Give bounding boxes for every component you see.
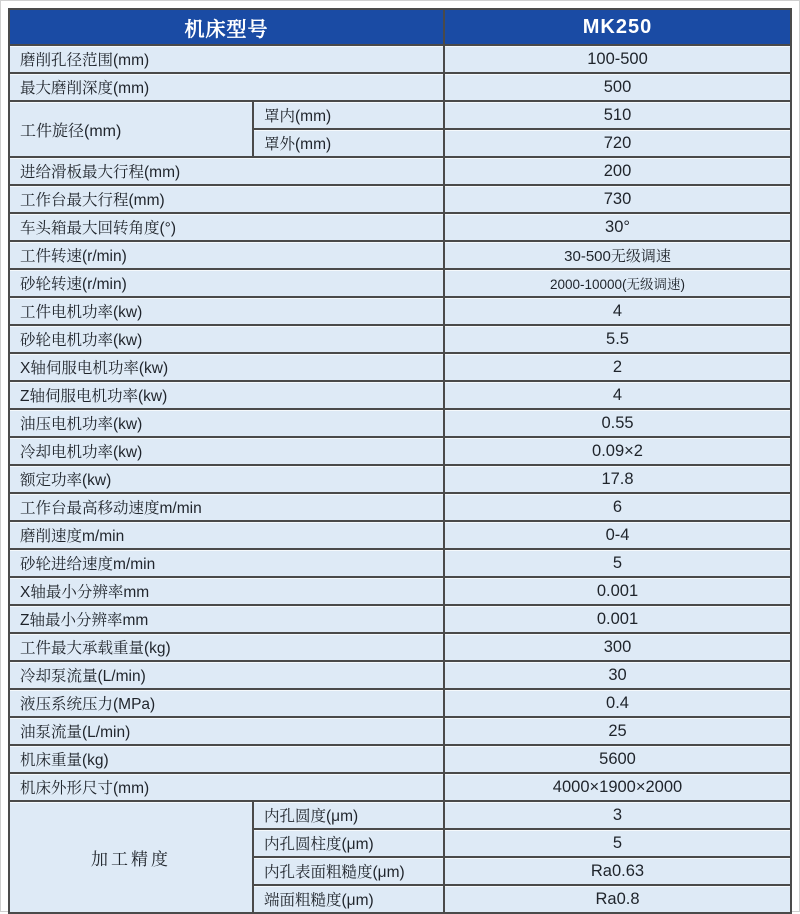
param-label: 工件电机功率(kw) <box>9 297 444 325</box>
param-group-label: 工件旋径(mm) <box>9 101 253 157</box>
param-value: 30-500无级调速 <box>444 241 791 269</box>
param-value: 510 <box>444 101 791 129</box>
param-value: 4 <box>444 297 791 325</box>
param-value: 720 <box>444 129 791 157</box>
param-label: 工作台最高移动速度m/min <box>9 493 444 521</box>
param-value: Ra0.8 <box>444 885 791 913</box>
param-value: 730 <box>444 185 791 213</box>
param-label: X轴最小分辨率mm <box>9 577 444 605</box>
param-value: 0-4 <box>444 521 791 549</box>
param-value: 0.4 <box>444 689 791 717</box>
param-label: Z轴伺服电机功率(kw) <box>9 381 444 409</box>
param-label: 磨削孔径范围(mm) <box>9 45 444 73</box>
param-label: 油压电机功率(kw) <box>9 409 444 437</box>
table-row: 机床外形尺寸(mm)4000×1900×2000 <box>9 773 791 801</box>
param-value: 100-500 <box>444 45 791 73</box>
param-value: 4 <box>444 381 791 409</box>
header-model-label: 机床型号 <box>9 9 444 45</box>
param-group-label: 加工精度 <box>9 801 253 913</box>
param-label: 额定功率(kw) <box>9 465 444 493</box>
table-row: 加工精度内孔圆度(μm)3 <box>9 801 791 829</box>
param-label: 车头箱最大回转角度(°) <box>9 213 444 241</box>
table-row: 砂轮电机功率(kw)5.5 <box>9 325 791 353</box>
table-row: 工件电机功率(kw)4 <box>9 297 791 325</box>
table-row: 工件旋径(mm)罩内(mm)510 <box>9 101 791 129</box>
param-label: 工作台最大行程(mm) <box>9 185 444 213</box>
param-label: 机床重量(kg) <box>9 745 444 773</box>
table-row: 磨削孔径范围(mm)100-500 <box>9 45 791 73</box>
param-value: 17.8 <box>444 465 791 493</box>
param-label: 内孔圆柱度(μm) <box>253 829 444 857</box>
table-row: 工作台最高移动速度m/min6 <box>9 493 791 521</box>
table-row: 车头箱最大回转角度(°)30° <box>9 213 791 241</box>
param-label: 砂轮进给速度m/min <box>9 549 444 577</box>
param-value: 5 <box>444 829 791 857</box>
table-row: X轴最小分辨率mm0.001 <box>9 577 791 605</box>
param-label: 最大磨削深度(mm) <box>9 73 444 101</box>
table-row: 工件最大承载重量(kg)300 <box>9 633 791 661</box>
table-row: 工件转速(r/min)30-500无级调速 <box>9 241 791 269</box>
param-value: 5600 <box>444 745 791 773</box>
param-label: 机床外形尺寸(mm) <box>9 773 444 801</box>
param-value: 0.55 <box>444 409 791 437</box>
param-value: 6 <box>444 493 791 521</box>
param-value: 2000-10000(无级调速) <box>444 269 791 297</box>
param-label: 磨削速度m/min <box>9 521 444 549</box>
param-value: 0.001 <box>444 605 791 633</box>
param-label: 罩内(mm) <box>253 101 444 129</box>
table-row: 机床重量(kg)5600 <box>9 745 791 773</box>
param-label: 工件最大承载重量(kg) <box>9 633 444 661</box>
param-label: 砂轮转速(r/min) <box>9 269 444 297</box>
param-label: 液压系统压力(MPa) <box>9 689 444 717</box>
table-row: 磨削速度m/min0-4 <box>9 521 791 549</box>
param-value: 5 <box>444 549 791 577</box>
param-value: Ra0.63 <box>444 857 791 885</box>
param-label: 冷却泵流量(L/min) <box>9 661 444 689</box>
param-label: 端面粗糙度(μm) <box>253 885 444 913</box>
table-row: 冷却泵流量(L/min)30 <box>9 661 791 689</box>
table-row: 砂轮转速(r/min)2000-10000(无级调速) <box>9 269 791 297</box>
table-header-row: 机床型号 MK250 <box>9 9 791 45</box>
param-value: 30° <box>444 213 791 241</box>
table-row: 冷却电机功率(kw)0.09×2 <box>9 437 791 465</box>
param-value: 4000×1900×2000 <box>444 773 791 801</box>
table-row: 油压电机功率(kw)0.55 <box>9 409 791 437</box>
param-label: 内孔表面粗糙度(μm) <box>253 857 444 885</box>
param-value: 300 <box>444 633 791 661</box>
header-model-value: MK250 <box>444 9 791 45</box>
param-label: 内孔圆度(μm) <box>253 801 444 829</box>
param-label: Z轴最小分辨率mm <box>9 605 444 633</box>
param-value: 2 <box>444 353 791 381</box>
param-label: X轴伺服电机功率(kw) <box>9 353 444 381</box>
table-row: 进给滑板最大行程(mm)200 <box>9 157 791 185</box>
table-body: 磨削孔径范围(mm)100-500最大磨削深度(mm)500工件旋径(mm)罩内… <box>9 45 791 913</box>
param-label: 进给滑板最大行程(mm) <box>9 157 444 185</box>
table-row: 油泵流量(L/min)25 <box>9 717 791 745</box>
param-value: 25 <box>444 717 791 745</box>
table-row: 砂轮进给速度m/min5 <box>9 549 791 577</box>
param-value: 5.5 <box>444 325 791 353</box>
param-label: 工件转速(r/min) <box>9 241 444 269</box>
table-row: 液压系统压力(MPa)0.4 <box>9 689 791 717</box>
table-row: 工作台最大行程(mm)730 <box>9 185 791 213</box>
param-value: 500 <box>444 73 791 101</box>
spec-table: 机床型号 MK250 磨削孔径范围(mm)100-500最大磨削深度(mm)50… <box>8 8 792 914</box>
param-label: 罩外(mm) <box>253 129 444 157</box>
table-row: Z轴伺服电机功率(kw)4 <box>9 381 791 409</box>
spec-sheet: 机床型号 MK250 磨削孔径范围(mm)100-500最大磨削深度(mm)50… <box>0 0 800 912</box>
table-row: X轴伺服电机功率(kw)2 <box>9 353 791 381</box>
param-value: 30 <box>444 661 791 689</box>
param-label: 油泵流量(L/min) <box>9 717 444 745</box>
table-row: 最大磨削深度(mm)500 <box>9 73 791 101</box>
param-value: 0.001 <box>444 577 791 605</box>
param-value: 3 <box>444 801 791 829</box>
param-value: 0.09×2 <box>444 437 791 465</box>
table-row: Z轴最小分辨率mm0.001 <box>9 605 791 633</box>
param-label: 冷却电机功率(kw) <box>9 437 444 465</box>
param-label: 砂轮电机功率(kw) <box>9 325 444 353</box>
param-value: 200 <box>444 157 791 185</box>
table-row: 额定功率(kw)17.8 <box>9 465 791 493</box>
